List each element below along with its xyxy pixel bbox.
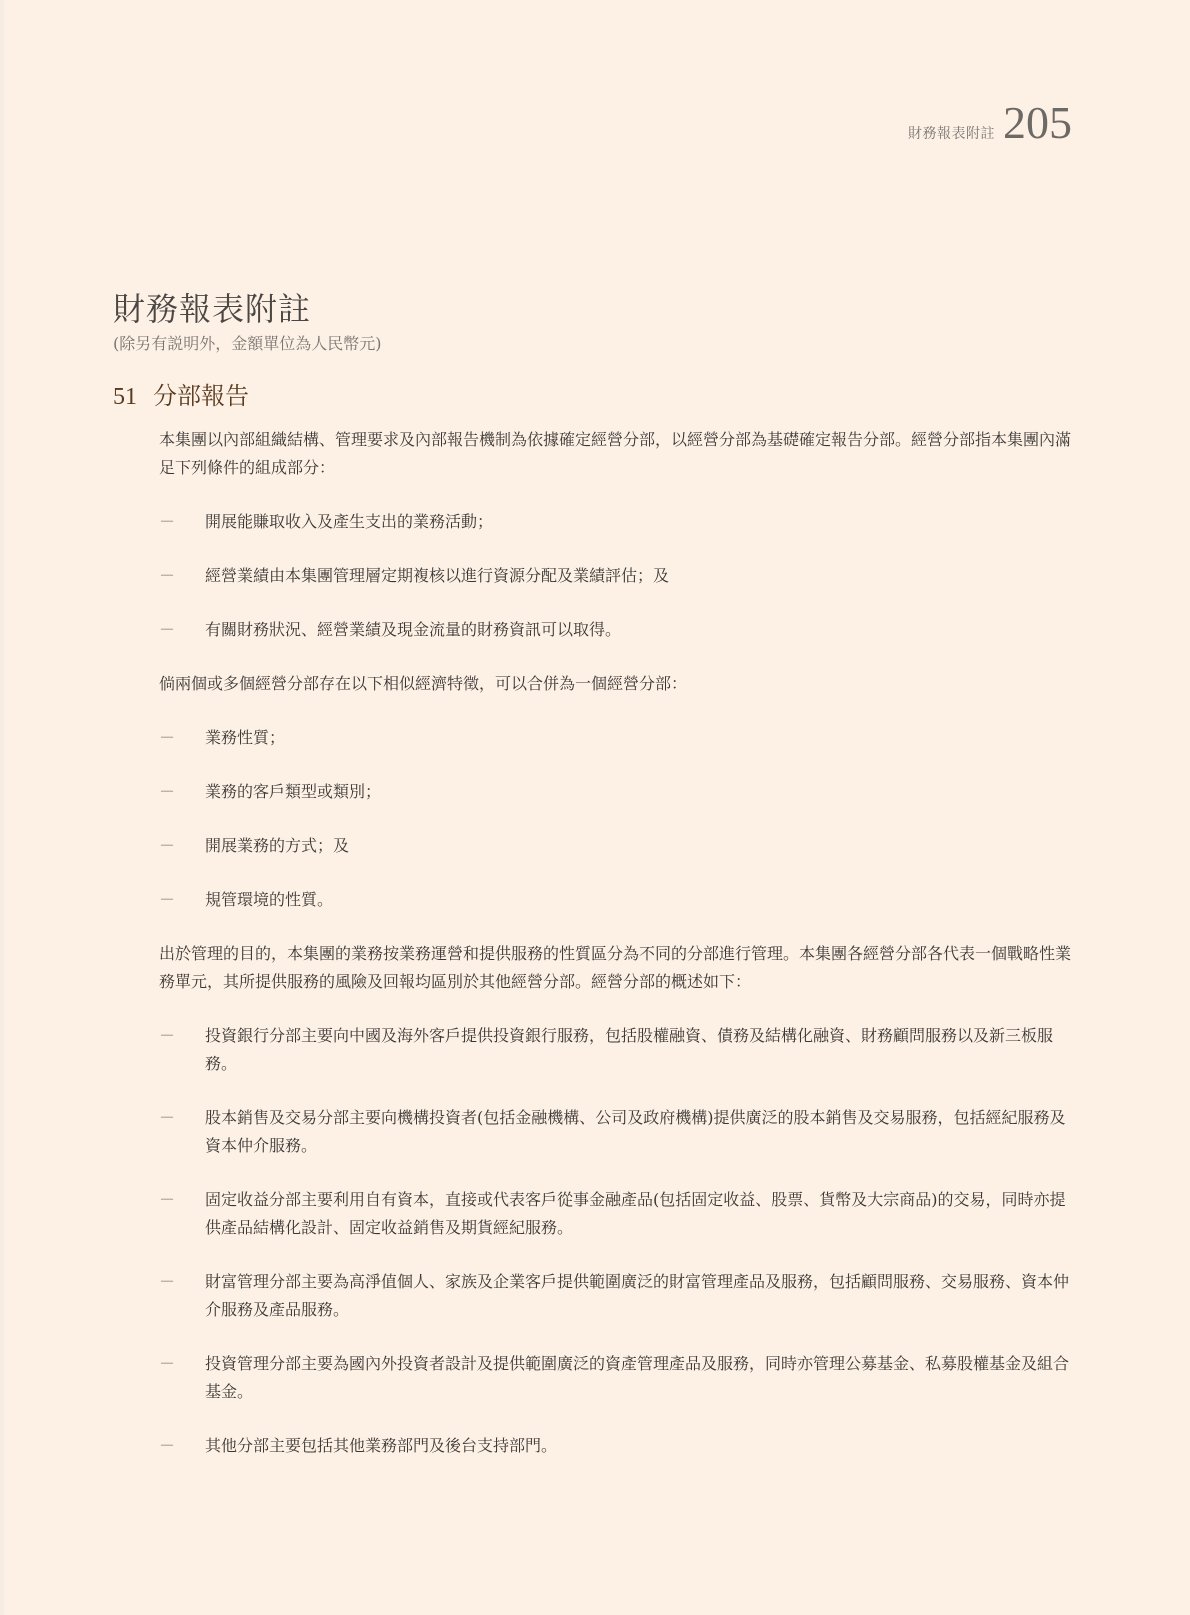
intro-paragraph: 本集團以內部組織結構、管理要求及內部報告機制為依據確定經營分部，以經營分部為基礎… (159, 426, 1079, 482)
dash-bullet-icon: － (159, 1022, 173, 1050)
list-item-text: 業務的客戶類型或類別； (205, 782, 381, 801)
list-item-text: 投資銀行分部主要向中國及海外客戶提供投資銀行服務，包括股權融資、債務及結構化融資… (205, 1026, 1053, 1073)
dash-bullet-icon: － (159, 1432, 173, 1460)
dash-bullet-icon: － (159, 1104, 173, 1132)
dash-bullet-icon: － (159, 886, 173, 914)
dash-bullet-icon: － (159, 616, 173, 644)
page-edge (0, 0, 4, 1615)
document-subtitle: (除另有説明外，金額單位為人民幣元) (113, 331, 382, 354)
aggregation-criteria-list: －業務性質； －業務的客戶類型或類別； －開展業務的方式；及 －規管環境的性質。 (159, 724, 1079, 914)
list-item: －開展能賺取收入及產生支出的業務活動； (159, 508, 1079, 536)
list-item: －業務的客戶類型或類別； (159, 778, 1079, 806)
section-heading: 51 分部報告 (113, 376, 249, 411)
running-header: 財務報表附註 205 (908, 100, 1072, 146)
section-title: 分部報告 (153, 376, 249, 411)
dash-bullet-icon: － (159, 1186, 173, 1214)
dash-bullet-icon: － (159, 832, 173, 860)
conditions-list: －開展能賺取收入及產生支出的業務活動； －經營業績由本集團管理層定期複核以進行資… (159, 508, 1079, 644)
list-item: －股本銷售及交易分部主要向機構投資者(包括金融機構、公司及政府機構)提供廣泛的股… (159, 1104, 1079, 1160)
section-body: 本集團以內部組織結構、管理要求及內部報告機制為依據確定經營分部，以經營分部為基礎… (159, 426, 1079, 1460)
list-item-text: 規管環境的性質。 (205, 890, 333, 909)
section-number: 51 (113, 384, 137, 411)
segments-list: －投資銀行分部主要向中國及海外客戶提供投資銀行服務，包括股權融資、債務及結構化融… (159, 1022, 1079, 1460)
list-item: －開展業務的方式；及 (159, 832, 1079, 860)
list-item-text: 經營業績由本集團管理層定期複核以進行資源分配及業績評估；及 (205, 566, 669, 585)
list-item-text: 財富管理分部主要為高淨值個人、家族及企業客戶提供範圍廣泛的財富管理產品及服務，包… (205, 1272, 1069, 1319)
list-item: －業務性質； (159, 724, 1079, 752)
list-item: －有關財務狀況、經營業績及現金流量的財務資訊可以取得。 (159, 616, 1079, 644)
list-item-text: 股本銷售及交易分部主要向機構投資者(包括金融機構、公司及政府機構)提供廣泛的股本… (205, 1108, 1066, 1155)
list-item-text: 其他分部主要包括其他業務部門及後台支持部門。 (205, 1436, 557, 1455)
document-title: 財務報表附註 (113, 284, 311, 330)
dash-bullet-icon: － (159, 1268, 173, 1296)
aggregation-paragraph: 倘兩個或多個經營分部存在以下相似經濟特徵，可以合併為一個經營分部： (159, 670, 1079, 698)
list-item: －規管環境的性質。 (159, 886, 1079, 914)
running-title: 財務報表附註 (908, 123, 995, 143)
dash-bullet-icon: － (159, 1350, 173, 1378)
list-item: －財富管理分部主要為高淨值個人、家族及企業客戶提供範圍廣泛的財富管理產品及服務，… (159, 1268, 1079, 1324)
list-item-text: 投資管理分部主要為國內外投資者設計及提供範圍廣泛的資產管理產品及服務，同時亦管理… (205, 1354, 1069, 1401)
list-item-text: 固定收益分部主要利用自有資本，直接或代表客戶從事金融產品(包括固定收益、股票、貨… (205, 1190, 1066, 1237)
page-number: 205 (1003, 100, 1072, 146)
list-item-text: 開展業務的方式；及 (205, 836, 349, 855)
list-item: －其他分部主要包括其他業務部門及後台支持部門。 (159, 1432, 1079, 1460)
list-item: －投資銀行分部主要向中國及海外客戶提供投資銀行服務，包括股權融資、債務及結構化融… (159, 1022, 1079, 1078)
segments-paragraph: 出於管理的目的，本集團的業務按業務運營和提供服務的性質區分為不同的分部進行管理。… (159, 940, 1079, 996)
list-item: －投資管理分部主要為國內外投資者設計及提供範圍廣泛的資產管理產品及服務，同時亦管… (159, 1350, 1079, 1406)
dash-bullet-icon: － (159, 562, 173, 590)
list-item: －經營業績由本集團管理層定期複核以進行資源分配及業績評估；及 (159, 562, 1079, 590)
list-item-text: 開展能賺取收入及產生支出的業務活動； (205, 512, 493, 531)
dash-bullet-icon: － (159, 724, 173, 752)
list-item-text: 業務性質； (205, 728, 285, 747)
dash-bullet-icon: － (159, 508, 173, 536)
dash-bullet-icon: － (159, 778, 173, 806)
list-item: －固定收益分部主要利用自有資本，直接或代表客戶從事金融產品(包括固定收益、股票、… (159, 1186, 1079, 1242)
list-item-text: 有關財務狀況、經營業績及現金流量的財務資訊可以取得。 (205, 620, 621, 639)
